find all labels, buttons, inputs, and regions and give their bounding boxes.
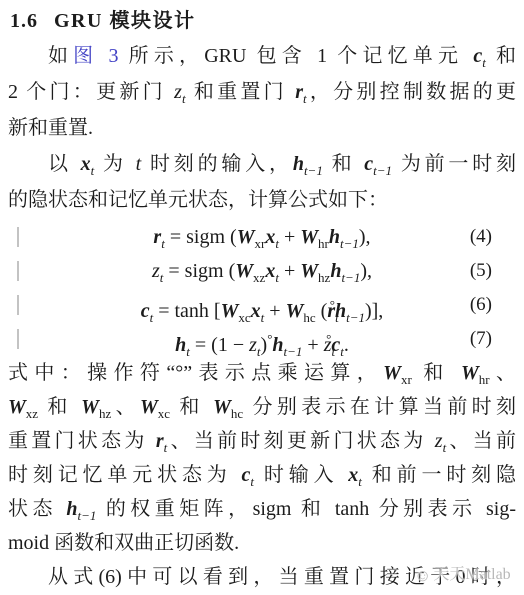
text-segment: z — [152, 260, 160, 282]
text-segment: W — [286, 300, 304, 322]
text-segment: 和 — [170, 396, 213, 418]
text-segment: 和 — [412, 362, 461, 384]
paragraph-explanation: 式中：操作符“°”表示点乘运算，Wxr 和 Whr、Wxz 和 Whz、Wxc … — [0, 356, 524, 560]
text-segment: c — [141, 300, 150, 322]
text-segment: 以 — [48, 153, 81, 175]
text-segment: x — [265, 260, 275, 282]
text-segment: 时刻的输入， — [141, 153, 293, 175]
section-title: GRU 模块设计 — [54, 10, 195, 32]
text-segment: ，分别控制数据的更 — [307, 81, 516, 103]
equation-row: zt = sigm (Wxzxt + Whzht−1),(5) — [0, 254, 524, 288]
text-segment: t−1 — [78, 508, 97, 523]
equation-number: (5) — [470, 254, 492, 288]
text-segment: h — [66, 498, 77, 520]
revision-bar — [17, 329, 19, 349]
text-segment: z — [249, 334, 257, 356]
text-segment: 和前一时刻隐 — [362, 464, 516, 486]
text-segment: z — [435, 430, 443, 452]
text-segment: moid 函数和双曲正切函数. — [8, 532, 239, 554]
text-segment: ), — [360, 260, 372, 282]
text-segment: xr — [401, 372, 412, 387]
text-segment: h — [329, 226, 340, 248]
text-segment: 、 — [111, 396, 140, 418]
text-segment: W — [237, 226, 255, 248]
text-segment: 新和重置. — [8, 117, 93, 139]
text-segment: 如 — [48, 45, 73, 67]
text-segment: 和重置门 — [186, 81, 296, 103]
text-segment: h — [272, 334, 283, 356]
text-segment: 状态 — [8, 498, 66, 520]
equation-number: (6) — [470, 288, 492, 322]
text-segment: 、当前 — [446, 430, 516, 452]
equation-row: ct = tanh [Wxcxt + Whc (rt°ht−1)],(6) — [0, 288, 524, 322]
text-segment: t−1 — [341, 270, 360, 285]
text-segment: t−1 — [284, 344, 303, 359]
text-segment: h — [293, 153, 304, 175]
text-segment: x — [251, 300, 261, 322]
equation-row: ht = (1 − zt)°ht−1 + zt°ct.(7) — [0, 322, 524, 356]
text-line: 重置门状态为 rt、当前时刻更新门状态为 zt、当前 — [0, 424, 524, 458]
text-segment: hc — [231, 406, 243, 421]
text-segment: 为 — [94, 153, 135, 175]
text-segment: + — [279, 226, 300, 248]
equation-block: rt = sigm (Wxrxt + Whrht−1),(4)zt = sigm… — [0, 218, 524, 356]
text-segment: W — [235, 260, 253, 282]
paragraph-reset-gate: 从式(6)中可以看到，当重置门接近于0时， — [0, 560, 524, 594]
text-segment: W — [8, 396, 26, 418]
equation-number: (7) — [470, 322, 492, 356]
text-line: 如图 3 所示，GRU 包含 1 个记忆单元 ct 和 — [0, 38, 524, 74]
text-segment: = tanh [ — [153, 300, 220, 322]
paragraph-intro: 如图 3 所示，GRU 包含 1 个记忆单元 ct 和2 个门：更新门 zt 和… — [0, 38, 524, 146]
text-line: 2 个门：更新门 zt 和重置门 rt，分别控制数据的更 — [0, 74, 524, 110]
text-segment: 、当前时刻更新门状态为 — [167, 430, 434, 452]
text-segment: hr — [318, 236, 329, 251]
text-segment: W — [300, 226, 318, 248]
text-segment: hz — [318, 270, 330, 285]
equation-row: rt = sigm (Wxrxt + Whrht−1),(4) — [0, 220, 524, 254]
text-line: 状态 ht−1 的权重矩阵，sigm 和 tanh 分别表示 sig- — [0, 492, 524, 526]
text-segment: 2 个门：更新门 — [8, 81, 174, 103]
text-segment: ), — [359, 226, 371, 248]
section-number: 1.6 — [10, 10, 38, 32]
text-segment: z — [174, 81, 182, 103]
text-segment: 时刻记忆单元状态为 — [8, 464, 242, 486]
text-segment: h — [335, 300, 346, 322]
text-segment: hr — [479, 372, 490, 387]
text-segment: 为前一时刻 — [392, 153, 516, 175]
text-segment: 从式(6)中可以看到，当重置门接近于0时， — [48, 566, 516, 588]
equation-formula: ht = (1 − zt)°ht−1 + zt°ct. — [175, 322, 349, 369]
text-segment: W — [300, 260, 318, 282]
text-segment: h — [175, 334, 186, 356]
text-segment: r — [156, 430, 164, 452]
equation-number: (4) — [470, 220, 492, 254]
text-segment: 时输入 — [254, 464, 348, 486]
revision-bar — [17, 295, 19, 315]
text-segment: )], — [365, 300, 383, 322]
text-line: Wxz 和 Whz、Wxc 和 Whc 分别表示在计算当前时刻 — [0, 390, 524, 424]
text-segment: 分别表示在计算当前时刻 — [243, 396, 516, 418]
text-segment: = sigm ( — [163, 260, 235, 282]
text-segment: W — [221, 300, 239, 322]
text-line: 以 xt 为 t 时刻的输入，ht−1 和 ct−1 为前一时刻 — [0, 146, 524, 182]
text-segment: h — [330, 260, 341, 282]
text-segment: W — [461, 362, 479, 384]
text-line: moid 函数和双曲正切函数. — [0, 526, 524, 560]
article-body: 如图 3 所示，GRU 包含 1 个记忆单元 ct 和2 个门：更新门 zt 和… — [0, 38, 524, 594]
text-segment: c — [364, 153, 373, 175]
text-segment: 和 — [38, 396, 81, 418]
text-line: 时刻记忆单元状态为 ct 时输入 xt 和前一时刻隐 — [0, 458, 524, 492]
text-segment: 和 — [323, 153, 364, 175]
text-segment: 重置门状态为 — [8, 430, 156, 452]
text-segment: 、 — [490, 362, 516, 384]
text-segment: 和 — [486, 45, 516, 67]
text-segment: + — [302, 334, 323, 356]
text-segment: ( — [316, 300, 328, 322]
text-segment: + — [264, 300, 285, 322]
text-line: 从式(6)中可以看到，当重置门接近于0时， — [0, 560, 524, 594]
text-segment: 的权重矩阵，sigm 和 tanh 分别表示 sig- — [96, 498, 516, 520]
text-line: 的隐状态和记忆单元状态，计算公式如下： — [0, 182, 524, 218]
revision-bar — [17, 227, 19, 247]
text-segment: xz — [26, 406, 38, 421]
text-segment: 的隐状态和记忆单元状态，计算公式如下： — [8, 189, 388, 211]
text-segment: + — [279, 260, 300, 282]
text-segment: x — [81, 153, 91, 175]
text-segment: c — [473, 45, 482, 67]
text-segment: W — [383, 362, 401, 384]
text-segment: = (1 − — [190, 334, 249, 356]
paragraph-inputs: 以 xt 为 t 时刻的输入，ht−1 和 ct−1 为前一时刻的隐状态和记忆单… — [0, 146, 524, 218]
text-segment: xc — [158, 406, 170, 421]
text-segment: x — [348, 464, 358, 486]
text-segment: t−1 — [304, 163, 323, 178]
text-segment: W — [213, 396, 231, 418]
text-segment: xr — [254, 236, 265, 251]
text-segment: t−1 — [340, 236, 359, 251]
text-line: 新和重置. — [0, 110, 524, 146]
text-segment: 所示，GRU 包含 1 个记忆单元 — [119, 45, 474, 67]
text-segment: W — [140, 396, 158, 418]
section-heading: 1.6GRU 模块设计 — [10, 8, 524, 34]
text-segment: = sigm ( — [165, 226, 237, 248]
text-segment: r — [295, 81, 303, 103]
revision-bar — [17, 261, 19, 281]
text-segment: W — [81, 396, 99, 418]
text-segment: hz — [99, 406, 111, 421]
text-segment: t−1 — [373, 163, 392, 178]
text-segment: x — [265, 226, 275, 248]
paper-page: 1.6GRU 模块设计 如图 3 所示，GRU 包含 1 个记忆单元 ct 和2… — [0, 8, 524, 595]
text-segment: c — [331, 334, 340, 356]
figure-3-link[interactable]: 图 3 — [73, 45, 118, 67]
text-segment: xz — [253, 270, 265, 285]
text-segment: . — [344, 334, 349, 356]
